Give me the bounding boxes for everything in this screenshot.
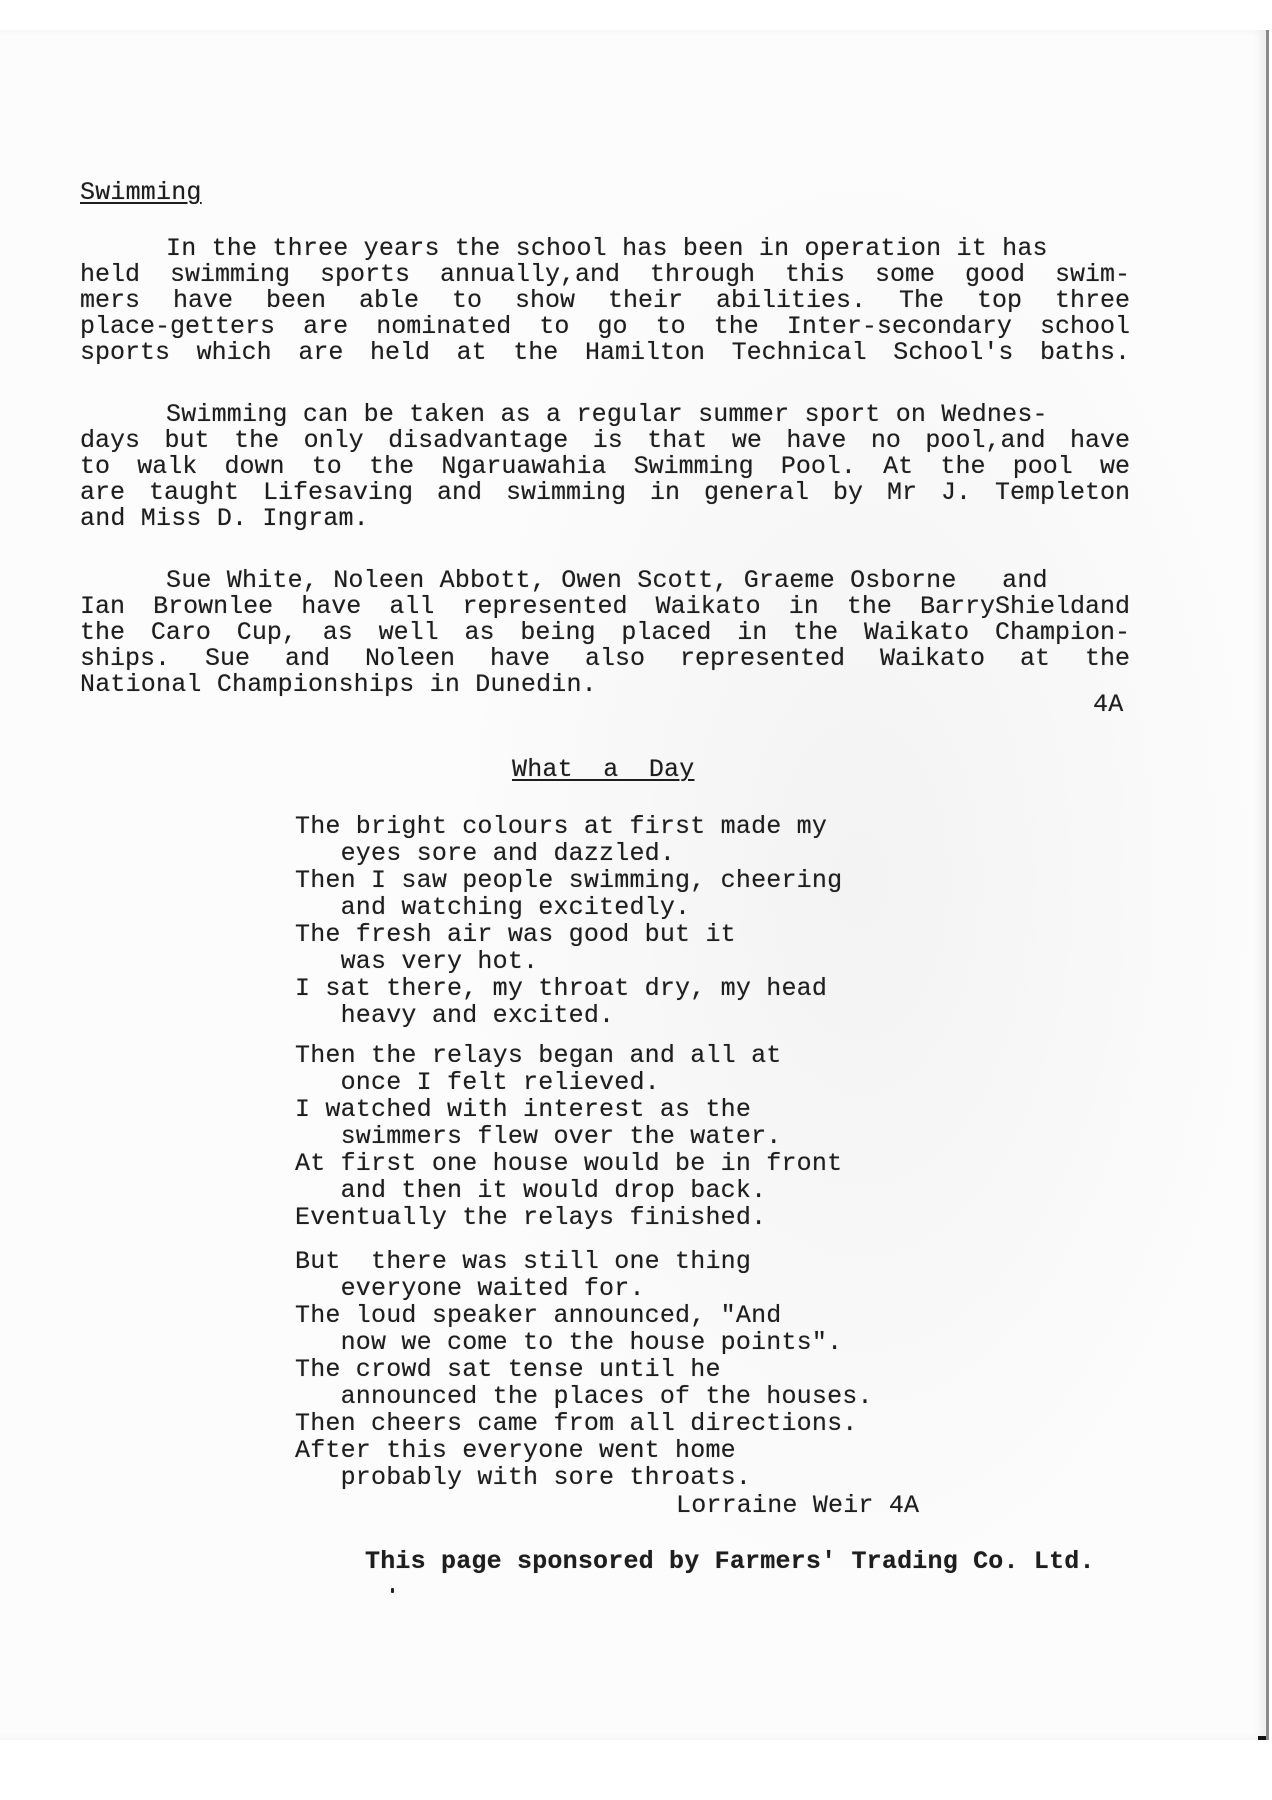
poem-line: The fresh air was good but it [295,922,736,948]
paragraph-line: place-getters are nominated to go to the… [80,314,1130,340]
sponsor-note: This page sponsored by Farmers' Trading … [365,1549,1095,1575]
paragraph-line: days but the only disadvantage is that w… [80,428,1130,454]
poem-line: everyone waited for. [295,1276,645,1302]
article-heading-swimming: Swimming [80,180,202,206]
poem-line: But there was still one thing [295,1249,751,1275]
paragraph-line: Swimming can be taken as a regular summe… [166,402,1048,428]
poem-line: Then cheers came from all directions. [295,1411,858,1437]
poem-line: now we come to the house points". [295,1330,842,1356]
poem-title: What a Day [512,757,694,783]
poem-line: Then the relays began and all at [295,1043,781,1069]
paragraph-line: In the three years the school has been i… [166,236,1048,262]
paragraph-line: National Championships in Dunedin. [80,672,597,698]
paragraph-line: are taught Lifesaving and swimming in ge… [80,480,1130,506]
paragraph-line: ships. Sue and Noleen have also represen… [80,646,1130,672]
poem-line: I sat there, my throat dry, my head [295,976,827,1002]
paragraph-line: Ian Brownlee have all represented Waikat… [80,594,1130,620]
page-edge-mark [1258,1736,1266,1740]
poem-line: swimmers flew over the water. [295,1124,781,1150]
poem-line: I watched with interest as the [295,1097,751,1123]
poem-line: Eventually the relays finished. [295,1205,766,1231]
poem-line: eyes sore and dazzled. [295,841,675,867]
poem-line: At first one house would be in front [295,1151,842,1177]
poem-line: was very hot. [295,949,538,975]
poem-line: The bright colours at first made my [295,814,827,840]
paragraph-line: to walk down to the Ngaruawahia Swimming… [80,454,1130,480]
poem-line: After this everyone went home [295,1438,736,1464]
paragraph-line: Sue White, Noleen Abbott, Owen Scott, Gr… [166,568,1048,594]
poem-line: announced the places of the houses. [295,1384,873,1410]
poem-line: The crowd sat tense until he [295,1357,721,1383]
poem-line: The loud speaker announced, "And [295,1303,781,1329]
paragraph-line: mers have been able to show their abilit… [80,288,1130,314]
paragraph-line: and Miss D. Ingram. [80,506,369,532]
paragraph-line: sports which are held at the Hamilton Te… [80,340,1130,366]
poem-line: once I felt relieved. [295,1070,660,1096]
stray-mark [391,1588,394,1593]
poem-line: probably with sore throats. [295,1465,751,1491]
paragraph-line: the Caro Cup, as well as being placed in… [80,620,1130,646]
poem-line: and watching excitedly. [295,895,690,921]
poem-line: Then I saw people swimming, cheering [295,868,842,894]
poem-line: heavy and excited. [295,1003,614,1029]
poem-author: Lorraine Weir 4A [676,1493,919,1519]
paragraph-line: held swimming sports annually,and throug… [80,262,1130,288]
class-tag: 4A [1093,692,1123,718]
poem-line: and then it would drop back. [295,1178,766,1204]
